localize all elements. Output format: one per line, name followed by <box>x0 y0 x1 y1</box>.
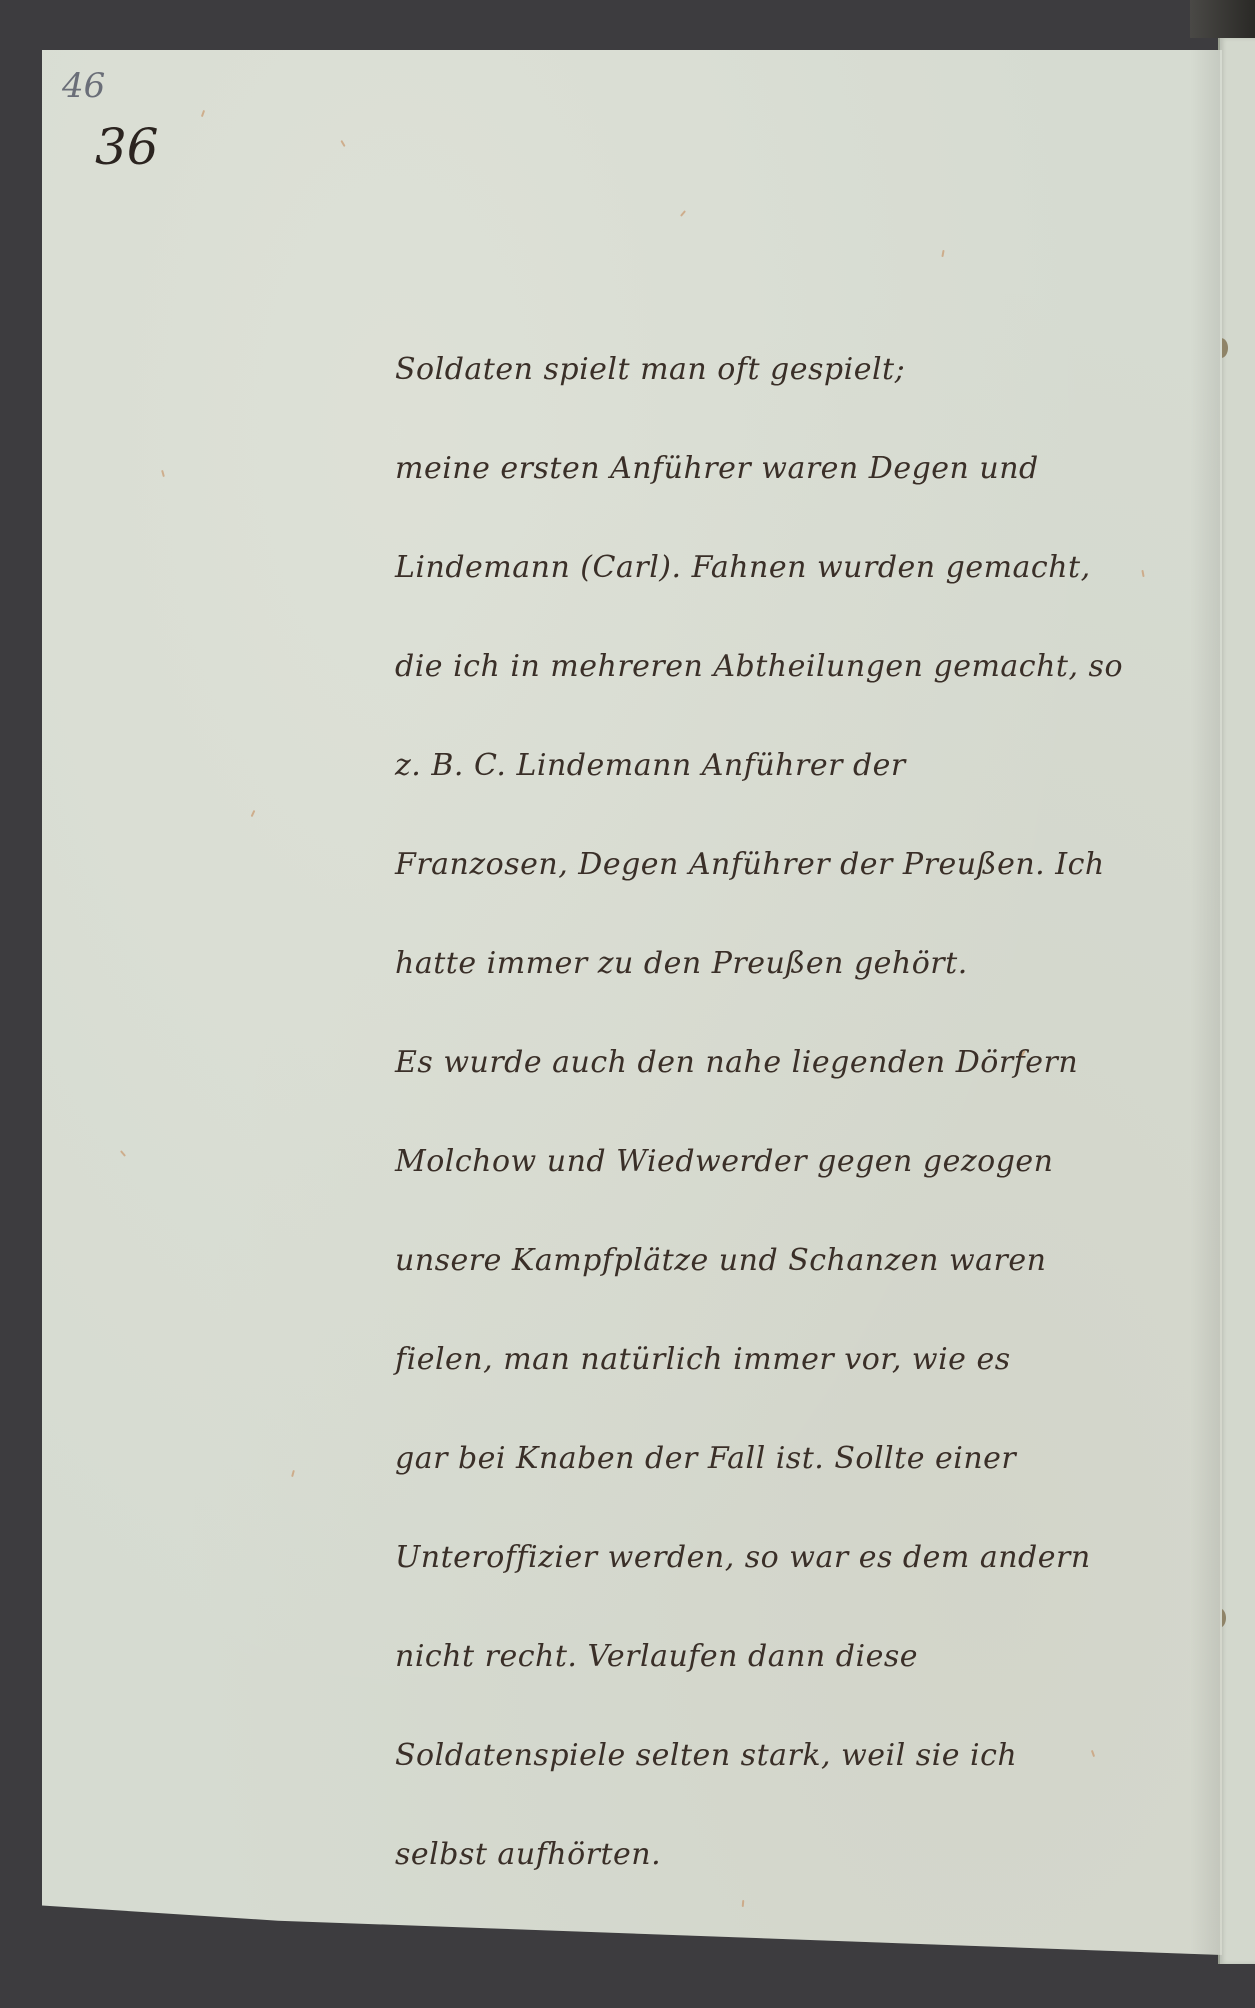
paper-fleck <box>161 470 165 477</box>
handwritten-line: Unteroffizier werden, so war es dem ande… <box>395 1528 1155 1627</box>
handwritten-line: Soldaten spielt man oft gespielt; <box>395 340 1155 439</box>
handwritten-line: die ich in mehreren Abtheilungen gemacht… <box>395 637 1155 736</box>
handwritten-line: Molchow und Wiedwerder gegen gezogen <box>395 1132 1155 1231</box>
handwritten-line: gar bei Knaben der Fall ist. Sollte eine… <box>395 1429 1155 1528</box>
handwritten-line: unsere Kampfplätze und Schanzen waren <box>395 1231 1155 1330</box>
paper-fleck <box>680 210 686 217</box>
handwritten-line: meine ersten Anführer waren Degen und <box>395 439 1155 538</box>
paper-fleck <box>941 250 944 257</box>
next-leaf-edge <box>1218 38 1255 1964</box>
book-binding <box>1190 0 1255 38</box>
handwritten-line: Lindemann (Carl). Fahnen wurden gemacht, <box>395 538 1155 637</box>
handwritten-line: Es wurde auch den nahe liegenden Dörfern <box>395 1033 1155 1132</box>
handwritten-text-block: Soldaten spielt man oft gespielt; meine … <box>395 340 1155 1924</box>
handwritten-line: hatte immer zu den Preußen gehört. <box>395 934 1155 1033</box>
manuscript-scan: 46 36 Soldaten spielt man oft gespielt; … <box>0 0 1255 2008</box>
handwritten-line: Franzosen, Degen Anführer der Preußen. I… <box>395 835 1155 934</box>
paper-fleck <box>201 110 205 117</box>
paper-fleck <box>340 140 345 147</box>
handwritten-line: selbst aufhörten. <box>395 1825 1155 1924</box>
paper-fleck <box>120 1150 126 1157</box>
paper-fleck <box>291 1470 295 1477</box>
handwritten-line: nicht recht. Verlaufen dann diese <box>395 1627 1155 1726</box>
paper-fleck <box>251 810 256 817</box>
spine-shadow <box>1190 50 1220 1955</box>
folio-number-pencil: 46 <box>62 66 105 106</box>
handwritten-line: fielen, man natürlich immer vor, wie es <box>395 1330 1155 1429</box>
handwritten-line: Soldatenspiele selten stark, weil sie ic… <box>395 1726 1155 1825</box>
handwritten-line: z. B. C. Lindemann Anführer der <box>395 736 1155 835</box>
page-number-ink: 36 <box>95 118 159 176</box>
